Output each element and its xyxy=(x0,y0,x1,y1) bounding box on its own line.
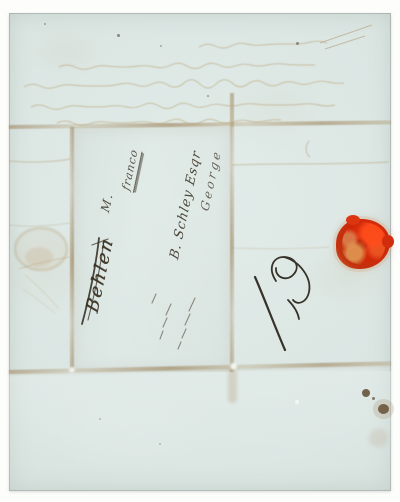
glare-dot xyxy=(69,367,75,373)
photo-frame: George B. Schley Esqr franco M. Behlen xyxy=(0,0,400,502)
stain-ring xyxy=(15,228,67,270)
paper-fleck xyxy=(295,400,299,404)
paper-speck xyxy=(160,45,162,47)
stain-smudge xyxy=(369,429,388,447)
fold-junction-smudge xyxy=(228,369,237,403)
ink-spot xyxy=(372,397,375,400)
paper-speck xyxy=(117,34,120,37)
wax-seal-icon xyxy=(336,219,390,269)
fold-line-left xyxy=(70,127,74,372)
letter-paper: George B. Schley Esqr franco M. Behlen xyxy=(9,13,391,491)
scratch-marks xyxy=(320,25,372,49)
paper-speck xyxy=(296,42,299,45)
bleedthrough-writing xyxy=(24,41,344,125)
bottom-fold-band xyxy=(9,371,391,491)
paper-speck xyxy=(99,418,101,420)
paper-speck xyxy=(159,443,161,445)
wax-seal-bump xyxy=(346,215,360,225)
paper-speck xyxy=(207,95,209,97)
fold-line-right xyxy=(230,93,234,372)
postal-rate-mark xyxy=(255,257,309,350)
ink-spot xyxy=(378,404,389,414)
ink-spot xyxy=(362,389,370,397)
paper-speck xyxy=(44,23,46,25)
